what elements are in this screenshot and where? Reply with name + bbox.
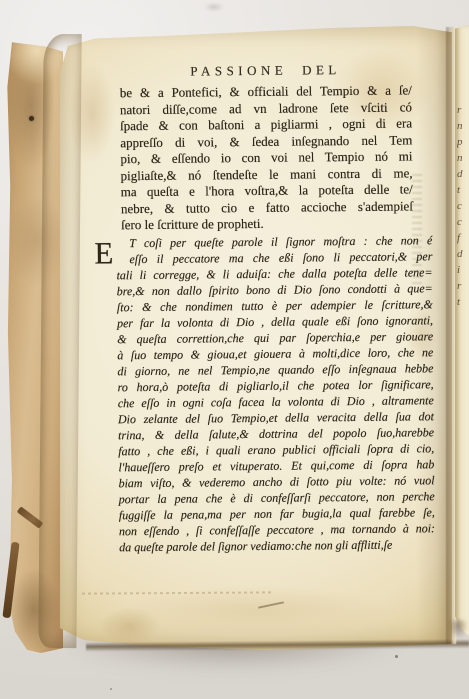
text-line: ſero le ſcritture de propheti. — [121, 214, 413, 233]
drop-cap-initial: E — [94, 238, 113, 267]
book-photograph: rnpndtccfdirt PASSIONE DEL be & a Pontef… — [0, 0, 469, 699]
text-line: be & a Pontefici, & officiali del Tempio… — [120, 82, 412, 101]
scripture-paragraph: be & a Pontefici, & officiali del Tempio… — [120, 82, 413, 233]
commentary-paragraph: T coſi per queſte parole il ſignor moſtr… — [116, 232, 435, 555]
running-header: PASSIONE DEL — [120, 61, 412, 80]
page-text: PASSIONE DEL be & a Pontefici, & officia… — [0, 0, 469, 699]
text-line: da queſte parole del ſignor vediamo:che … — [119, 536, 435, 555]
text-line: nebre, & tutto cio e fatto accioche s'ad… — [121, 198, 413, 217]
text-line: ſpade & con baſtoni a pigliarmi , ogni d… — [120, 115, 412, 134]
text-line: pio, & eſſendo io con voi nel Tempio nó … — [120, 148, 412, 167]
